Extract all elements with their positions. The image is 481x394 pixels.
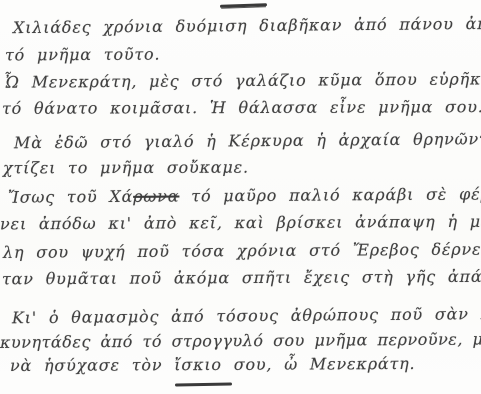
- manuscript-page: Χιλιάδες χρόνια δυόμιση διαβῆκαν ἀπό πάν…: [0, 0, 481, 394]
- manuscript-line-10: ταν θυμᾶται ποῦ ἀκόμα σπῆτι ἔχεις στὴ γῆ…: [2, 267, 481, 290]
- manuscript-line-8: νει ἀπόδω κι' ἀπὸ κεῖ, καὶ βρίσκει ἀνάπα…: [0, 212, 481, 235]
- line-7-text-before: Ἴσως τοῦ Χά: [8, 187, 133, 207]
- manuscript-line-1: Χιλιάδες χρόνια δυόμιση διαβῆκαν ἀπό πάν…: [13, 14, 481, 38]
- manuscript-line-2: τό μνῆμα τοῦτο.: [5, 45, 160, 66]
- bottom-divider-stroke: [175, 383, 232, 387]
- manuscript-line-7: Ἴσως τοῦ Χάρωνα τό μαῦρο παλιό καράβι σὲ…: [8, 184, 481, 207]
- manuscript-line-12: κυνητάδες ἀπό τό στρογγυλό σου μνῆμα περ…: [0, 329, 481, 353]
- manuscript-line-6: χτίζει το μνῆμα σοὔκαμε.: [3, 158, 249, 179]
- manuscript-line-3: Ὦ Μενεκράτη, μὲς στό γαλάζιο κῦμα ὅπου ε…: [4, 69, 481, 92]
- manuscript-line-11: Κι' ὁ θαμασμὸς ἀπό τόσους ἀθρώπους ποῦ σ…: [12, 304, 481, 329]
- manuscript-line-5: Μὰ ἐδῶ στό γιαλό ἡ Κέρκυρα ἡ ἀρχαία θρην…: [14, 129, 481, 154]
- struck-out-word: ρωνα: [133, 187, 179, 206]
- manuscript-line-9: λη σου ψυχή ποῦ τόσα χρόνια στό Ἔρεβος δ…: [3, 239, 481, 263]
- manuscript-line-13: νὰ ἡσύχασε τὸν ἴσκιο σου, ὦ Μενεκράτη.: [10, 354, 416, 376]
- line-7-text-after: τό μαῦρο παλιό καράβι σὲ φέρ-: [179, 184, 481, 205]
- top-divider-stroke: [220, 3, 267, 8]
- manuscript-line-4: τό θάνατο κοιμᾶσαι. Ἡ θάλασσα εἶνε μνῆμα…: [2, 97, 481, 119]
